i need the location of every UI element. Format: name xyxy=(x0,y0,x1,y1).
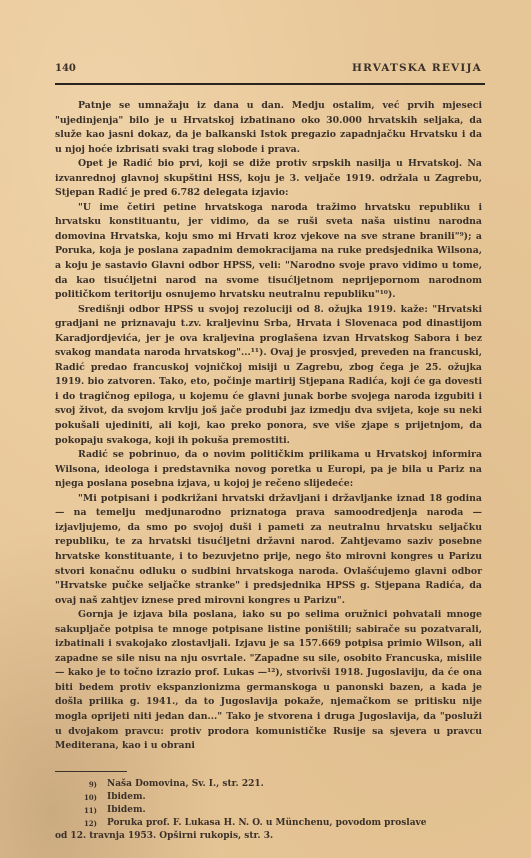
paragraph: Radić se pobrinuo, da o novim političkim… xyxy=(55,448,482,492)
footnote-rule xyxy=(55,771,127,772)
paragraph: Središnji odbor HPSS u svojoj rezoluciji… xyxy=(55,303,482,448)
footnote: 10) Ibidem. xyxy=(55,791,482,804)
footnote-mark: 9) xyxy=(55,778,107,791)
footnotes: 9) Naša Domovina, Sv. I., str. 221. 10) … xyxy=(55,778,482,843)
paragraph: Opet je Radić bio prvi, koji se diže pro… xyxy=(55,157,482,201)
document-page: 140 HRVATSKA REVIJA Patnje se umnažaju i… xyxy=(55,62,482,843)
running-header: 140 HRVATSKA REVIJA xyxy=(55,62,482,78)
footnote-text: Naša Domovina, Sv. I., str. 221. xyxy=(107,778,264,791)
quote-paragraph: "U ime četiri petine hrvatskoga naroda t… xyxy=(55,201,482,303)
footnote-text: Ibidem. xyxy=(107,804,146,817)
footnote: 11) Ibidem. xyxy=(55,804,482,817)
body-text: Patnje se umnažaju iz dana u dan. Medju … xyxy=(55,99,482,754)
footnote: 9) Naša Domovina, Sv. I., str. 221. xyxy=(55,778,482,791)
footnote-mark: 10) xyxy=(55,791,107,804)
paragraph: Gornja je izjava bila poslana, iako su p… xyxy=(55,608,482,753)
paragraph: Patnje se umnažaju iz dana u dan. Medju … xyxy=(55,99,482,157)
header-rule xyxy=(55,83,485,85)
footnote-mark: 11) xyxy=(55,804,107,817)
footnote-continuation: od 12. travnja 1953. Opširni rukopis, st… xyxy=(55,830,482,843)
footnote: 12) Poruka prof. F. Lukasa H. N. O. u Mü… xyxy=(55,817,482,830)
quote-paragraph: "Mi potpisani i podkrižani hrvatski drža… xyxy=(55,492,482,608)
footnote-text: Ibidem. xyxy=(107,791,146,804)
journal-title: HRVATSKA REVIJA xyxy=(352,62,482,74)
footnote-text: Poruka prof. F. Lukasa H. N. O. u Münche… xyxy=(107,817,426,830)
footnote-mark: 12) xyxy=(55,817,107,830)
page-number: 140 xyxy=(55,63,76,74)
